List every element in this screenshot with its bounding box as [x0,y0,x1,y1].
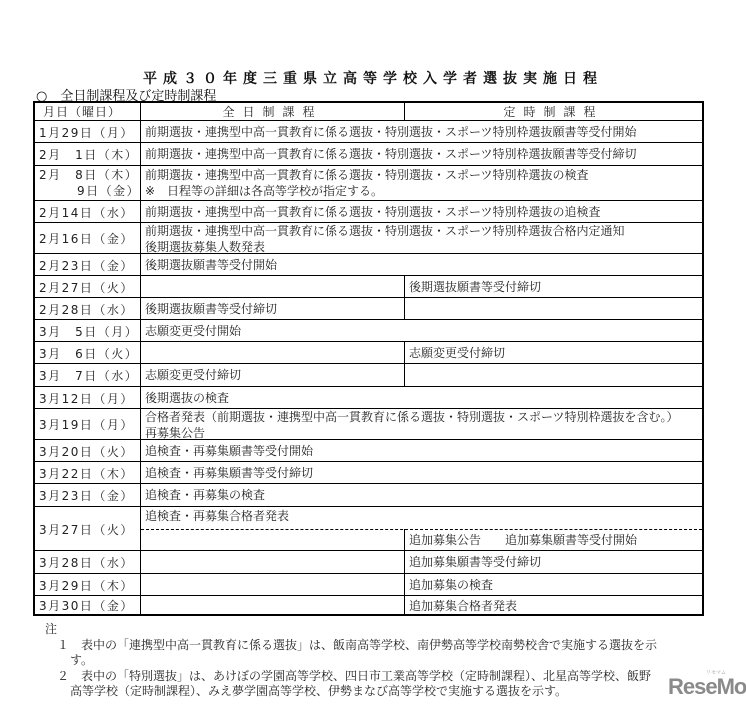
notes-section: 注 １ 表中の「連携型中高一貫教育に係る選抜」は、飯南高等学校、南伊勢高等学校南… [45,622,657,700]
row-full-time-line1: 前期選抜・連携型中高一貫教育に係る選抜・特別選抜・スポーツ特別枠選抜合格内定通知 [145,223,702,239]
table-row: 2月14日（水） 前期選抜・連携型中高一貫教育に係る選抜・特別選抜・スポーツ特別… [35,200,702,222]
row-full-time-empty [141,529,405,551]
row-part-time: 追加募集の検査 [405,574,702,595]
note-2-line1: ２ 表中の「特別選抜」は、あけぼの学園高等学校、四日市工業高等学校（定時制課程）… [45,669,657,685]
row-full-time: 前期選抜・連携型中高一貫教育に係る選抜・特別選抜・スポーツ特別枠選抜の追検査 [141,201,702,222]
row-date-end: 9日（金） [39,183,140,199]
note-1-line1: １ 表中の「連携型中高一貫教育に係る選抜」は、飯南高等学校、南伊勢高等学校南勢校… [45,638,657,654]
table-row: 3月30日（金） 追加募集合格者発表 [35,595,702,614]
row-full-time: 前期選抜・連携型中高一貫教育に係る選抜・特別選抜・スポーツ特別枠選抜願書等受付締… [141,143,702,165]
row-date: 2月23日（金） [35,254,141,275]
row-part-time-area: 追加募集公告 追加募集願書等受付開始 [141,529,702,551]
row-date: 1月29日（月） [35,121,141,142]
row-date: 3月 5日（月） [35,320,141,341]
row-date: 3月12日（月） [35,387,141,408]
row-date: 3月28日（水） [35,551,141,573]
row-full-time [141,276,405,297]
row-date: 3月19日（月） [35,409,141,439]
row-date-start: 2月 8日（木） [39,167,140,183]
row-full-time-line1: 前期選抜・連携型中高一貫教育に係る選抜・特別選抜・スポーツ特別枠選抜の検査 [145,167,702,183]
table-row: 2月28日（水） 後期選抜願書等受付締切 [35,297,702,319]
row-full-time: 前期選抜・連携型中高一貫教育に係る選抜・特別選抜・スポーツ特別枠選抜の検査 ※ … [141,166,702,200]
note-2-line2: 高等学校（定時制課程）、みえ夢学園高等学校、伊勢まなび高等学校で実施する選抜を示… [45,684,657,700]
row-full-time: 合格者発表（前期選抜・連携型中高一貫教育に係る選抜・特別選抜・スポーツ特別枠選抜… [141,409,702,439]
row-date: 3月29日（木） [35,574,141,595]
table-row: 3月19日（月） 合格者発表（前期選抜・連携型中高一貫教育に係る選抜・特別選抜・… [35,408,702,439]
row-full-time-line2: ※ 日程等の詳細は各高等学校が指定する。 [145,183,702,199]
row-date: 3月 6日（火） [35,342,141,363]
notes-heading: 注 [45,622,657,638]
row-date: 2月 1日（木） [35,143,141,165]
row-part-time [405,364,702,386]
row-date: 2月 8日（木） 9日（金） [35,166,141,200]
table-header-row: 月日（曜日） 全日制課程 定時制課程 [35,103,702,120]
table-row: 1月29日（月） 前期選抜・連携型中高一貫教育に係る選抜・特別選抜・スポーツ特別… [35,120,702,142]
table-row: 3月 7日（水） 志願変更受付締切 [35,363,702,386]
row-date: 3月22日（木） [35,462,141,483]
table-row: 2月 1日（木） 前期選抜・連携型中高一貫教育に係る選抜・特別選抜・スポーツ特別… [35,142,702,165]
row-part-time: 追加募集願書等受付締切 [405,551,702,573]
row-full-time: 後期選抜の検査 [141,387,702,408]
row-full-time: 追検査・再募集願書等受付締切 [141,462,702,483]
table-row: 3月27日（火） 追検査・再募集合格者発表 追加募集公告 追加募集願書等受付開始 [35,506,702,550]
row-date: 2月14日（水） [35,201,141,222]
row-full-time: 追検査・再募集の検査 [141,484,702,506]
row-full-time [141,551,405,573]
row-part-time: 追加募集合格者発表 [405,596,702,614]
row-full-time-text: 追検査・再募集合格者発表 [141,507,289,529]
header-date: 月日（曜日） [35,103,141,120]
row-date: 3月23日（金） [35,484,141,506]
row-full-time [141,342,405,363]
table-row: 2月 8日（木） 9日（金） 前期選抜・連携型中高一貫教育に係る選抜・特別選抜・… [35,165,702,200]
row-date: 3月20日（火） [35,440,141,461]
row-full-time-line1: 合格者発表（前期選抜・連携型中高一貫教育に係る選抜・特別選抜・スポーツ特別枠選抜… [145,409,702,425]
note-1-line2: す。 [45,653,657,669]
row-full-time: 後期選抜願書等受付開始 [141,254,702,275]
table-row: 3月29日（木） 追加募集の検査 [35,573,702,595]
table-row: 2月27日（火） 後期選抜願書等受付締切 [35,275,702,297]
row-full-time: 追検査・再募集願書等受付開始 [141,440,702,461]
row-part-time: 後期選抜願書等受付締切 [405,276,702,297]
table-row: 3月22日（木） 追検査・再募集願書等受付締切 [35,461,702,483]
table-row: 3月 6日（火） 志願変更受付締切 [35,341,702,363]
table-row: 2月16日（金） 前期選抜・連携型中高一貫教育に係る選抜・特別選抜・スポーツ特別… [35,222,702,253]
row-full-time: 前期選抜・連携型中高一貫教育に係る選抜・特別選抜・スポーツ特別枠選抜願書等受付開… [141,121,702,142]
row-full-time: 志願変更受付締切 [141,364,405,386]
table-row: 3月23日（金） 追検査・再募集の検査 [35,483,702,506]
resemom-logo: ReseMom [668,674,746,700]
row-part-time: 追加募集公告 追加募集願書等受付開始 [405,529,702,551]
row-full-time: 志願変更受付開始 [141,320,702,341]
row-date: 3月30日（金） [35,596,141,614]
table-row: 3月 5日（月） 志願変更受付開始 [35,319,702,341]
row-date: 2月28日（水） [35,298,141,319]
row-date: 2月16日（金） [35,223,141,253]
row-part-time: 志願変更受付締切 [405,342,702,363]
row-date: 3月 7日（水） [35,364,141,386]
row-date: 3月27日（火） [35,507,141,550]
row-part-time [405,298,702,319]
header-full-time: 全日制課程 [141,103,405,120]
row-full-time: 追検査・再募集合格者発表 [141,507,702,529]
table-row: 3月12日（月） 後期選抜の検査 [35,386,702,408]
header-part-time: 定時制課程 [405,103,702,120]
row-full-time [141,596,405,614]
row-full-time: 前期選抜・連携型中高一貫教育に係る選抜・特別選抜・スポーツ特別枠選抜合格内定通知… [141,223,702,253]
row-date: 2月27日（火） [35,276,141,297]
table-row: 3月28日（水） 追加募集願書等受付締切 [35,550,702,573]
row-full-time: 後期選抜願書等受付締切 [141,298,405,319]
table-row: 3月20日（火） 追検査・再募集願書等受付開始 [35,439,702,461]
table-row: 2月23日（金） 後期選抜願書等受付開始 [35,253,702,275]
schedule-table: 月日（曜日） 全日制課程 定時制課程 1月29日（月） 前期選抜・連携型中高一貫… [33,101,704,616]
row-full-time [141,574,405,595]
